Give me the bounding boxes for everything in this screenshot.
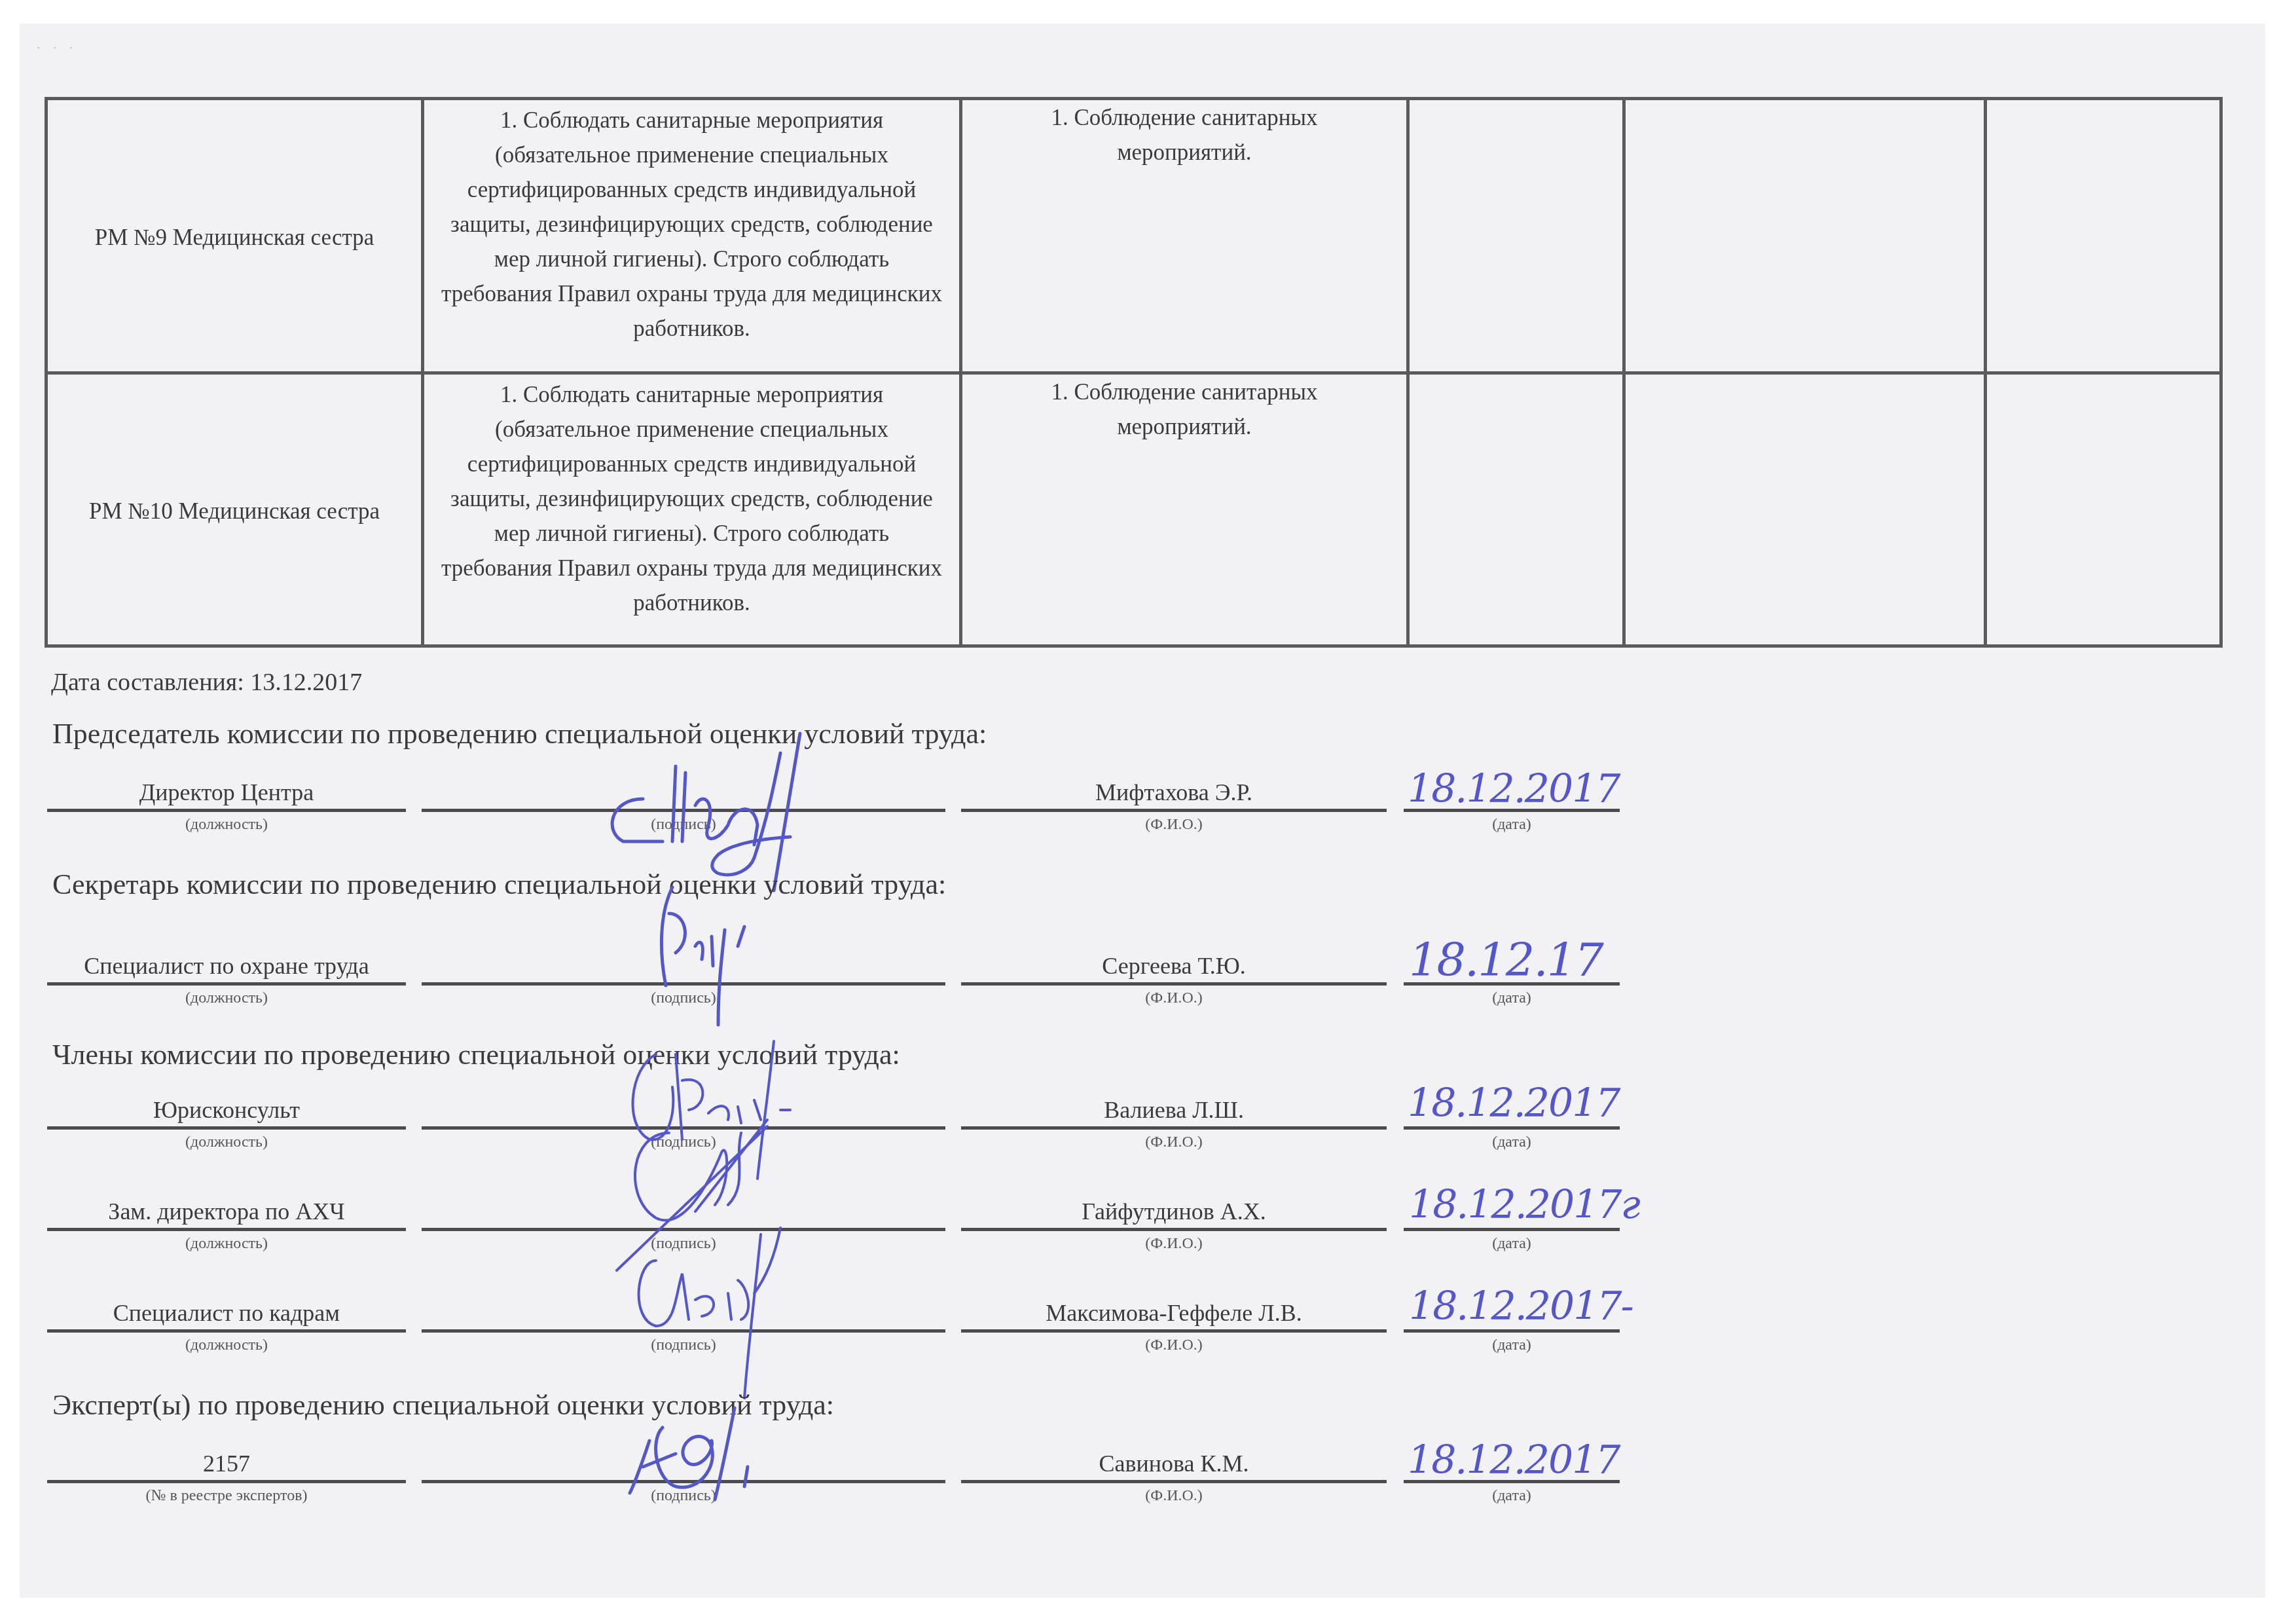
fio-field: Максимова-Геффеле Л.В.	[961, 1290, 1387, 1333]
handwritten-date: 18.12.2017г	[1409, 1182, 1639, 1228]
measures-cell: 1. Соблюдать санитарные мероприятия (обя…	[423, 373, 961, 646]
fio-caption: (Ф.И.О.)	[961, 989, 1387, 1007]
table-row: РМ №9 Медицинская сестра 1. Соблюдать са…	[46, 99, 2221, 373]
date-caption: (дата)	[1404, 816, 1620, 834]
position-field: Юрисконсульт	[47, 1087, 406, 1130]
date-caption: (дата)	[1404, 1235, 1620, 1253]
position-field: Зам. директора по АХЧ	[47, 1189, 406, 1231]
secretary-heading: Секретарь комиссии по проведению специал…	[52, 868, 946, 901]
signature-row-secretary: Специалист по охране труда (должность) (…	[47, 946, 1631, 1012]
position-caption: (должность)	[47, 1134, 406, 1151]
fio-caption: (Ф.И.О.)	[961, 1134, 1387, 1151]
fio-field: Мифтахова Э.Р.	[961, 769, 1387, 812]
chairman-heading: Председатель комиссии по проведению спец…	[52, 717, 987, 750]
date-caption: (дата)	[1404, 1337, 1620, 1354]
signature-scribble	[623, 1388, 793, 1522]
fio-field: Сергеева Т.Ю.	[961, 943, 1387, 986]
signature-row-member: Зам. директора по АХЧ (должность) (подпи…	[47, 1192, 1631, 1257]
registry-caption: (№ в реестре экспертов)	[47, 1487, 406, 1505]
date-caption: (дата)	[1404, 1487, 1620, 1505]
handwritten-date: 18.12.2017	[1408, 1080, 1620, 1126]
empty-cell	[1986, 99, 2221, 373]
signature-row-member: Специалист по кадрам (должность) (подпис…	[47, 1293, 1631, 1359]
position-caption: (должность)	[47, 1337, 406, 1354]
empty-cell	[1408, 373, 1624, 646]
workplace-cell: РМ №10 Медицинская сестра	[46, 373, 423, 646]
signature-scribble	[640, 874, 771, 1048]
position-field: Специалист по кадрам	[47, 1290, 406, 1333]
fio-caption: (Ф.И.О.)	[961, 1487, 1387, 1505]
position-field: Специалист по охране труда	[47, 943, 406, 986]
signature-scribble	[623, 1221, 820, 1408]
handwritten-date: 18.12.2017	[1408, 766, 1620, 812]
handwritten-date: 18.12.2017	[1408, 1437, 1620, 1483]
empty-cell	[1624, 373, 1986, 646]
scan-artifact: · · ·	[36, 39, 77, 56]
fio-field: Валиева Л.Ш.	[961, 1087, 1387, 1130]
compiled-date: Дата составления: 13.12.2017	[51, 668, 362, 697]
position-field: Директор Центра	[47, 769, 406, 812]
registry-number-field: 2157	[47, 1441, 406, 1483]
position-caption: (должность)	[47, 1235, 406, 1253]
table-row: РМ №10 Медицинская сестра 1. Соблюдать с…	[46, 373, 2221, 646]
position-caption: (должность)	[47, 989, 406, 1007]
signature-row-expert: 2157 (№ в реестре экспертов) (подпись) С…	[47, 1444, 1631, 1509]
handwritten-date: 18.12.2017-	[1409, 1283, 1633, 1329]
fio-field: Савинова К.М.	[961, 1441, 1387, 1483]
measures-table: РМ №9 Медицинская сестра 1. Соблюдать са…	[45, 97, 2223, 648]
date-caption: (дата)	[1404, 1134, 1620, 1151]
goal-cell: 1. Соблюдение санитарных мероприятий.	[961, 373, 1408, 646]
empty-cell	[1986, 373, 2221, 646]
empty-cell	[1408, 99, 1624, 373]
workplace-cell: РМ №9 Медицинская сестра	[46, 99, 423, 373]
empty-cell	[1624, 99, 1986, 373]
fio-caption: (Ф.И.О.)	[961, 1337, 1387, 1354]
position-caption: (должность)	[47, 816, 406, 834]
measures-cell: 1. Соблюдать санитарные мероприятия (обя…	[423, 99, 961, 373]
signature-row-chairman: Директор Центра (должность) (подпись) Ми…	[47, 773, 1631, 838]
goal-cell: 1. Соблюдение санитарных мероприятий.	[961, 99, 1408, 373]
fio-caption: (Ф.И.О.)	[961, 1235, 1387, 1253]
handwritten-date: 18.12.17	[1409, 933, 1603, 987]
fio-caption: (Ф.И.О.)	[961, 816, 1387, 834]
date-caption: (дата)	[1404, 989, 1620, 1007]
fio-field: Гайфутдинов А.Х.	[961, 1189, 1387, 1231]
signature-row-member: Юрисконсульт (должность) (подпись) Валие…	[47, 1090, 1631, 1156]
